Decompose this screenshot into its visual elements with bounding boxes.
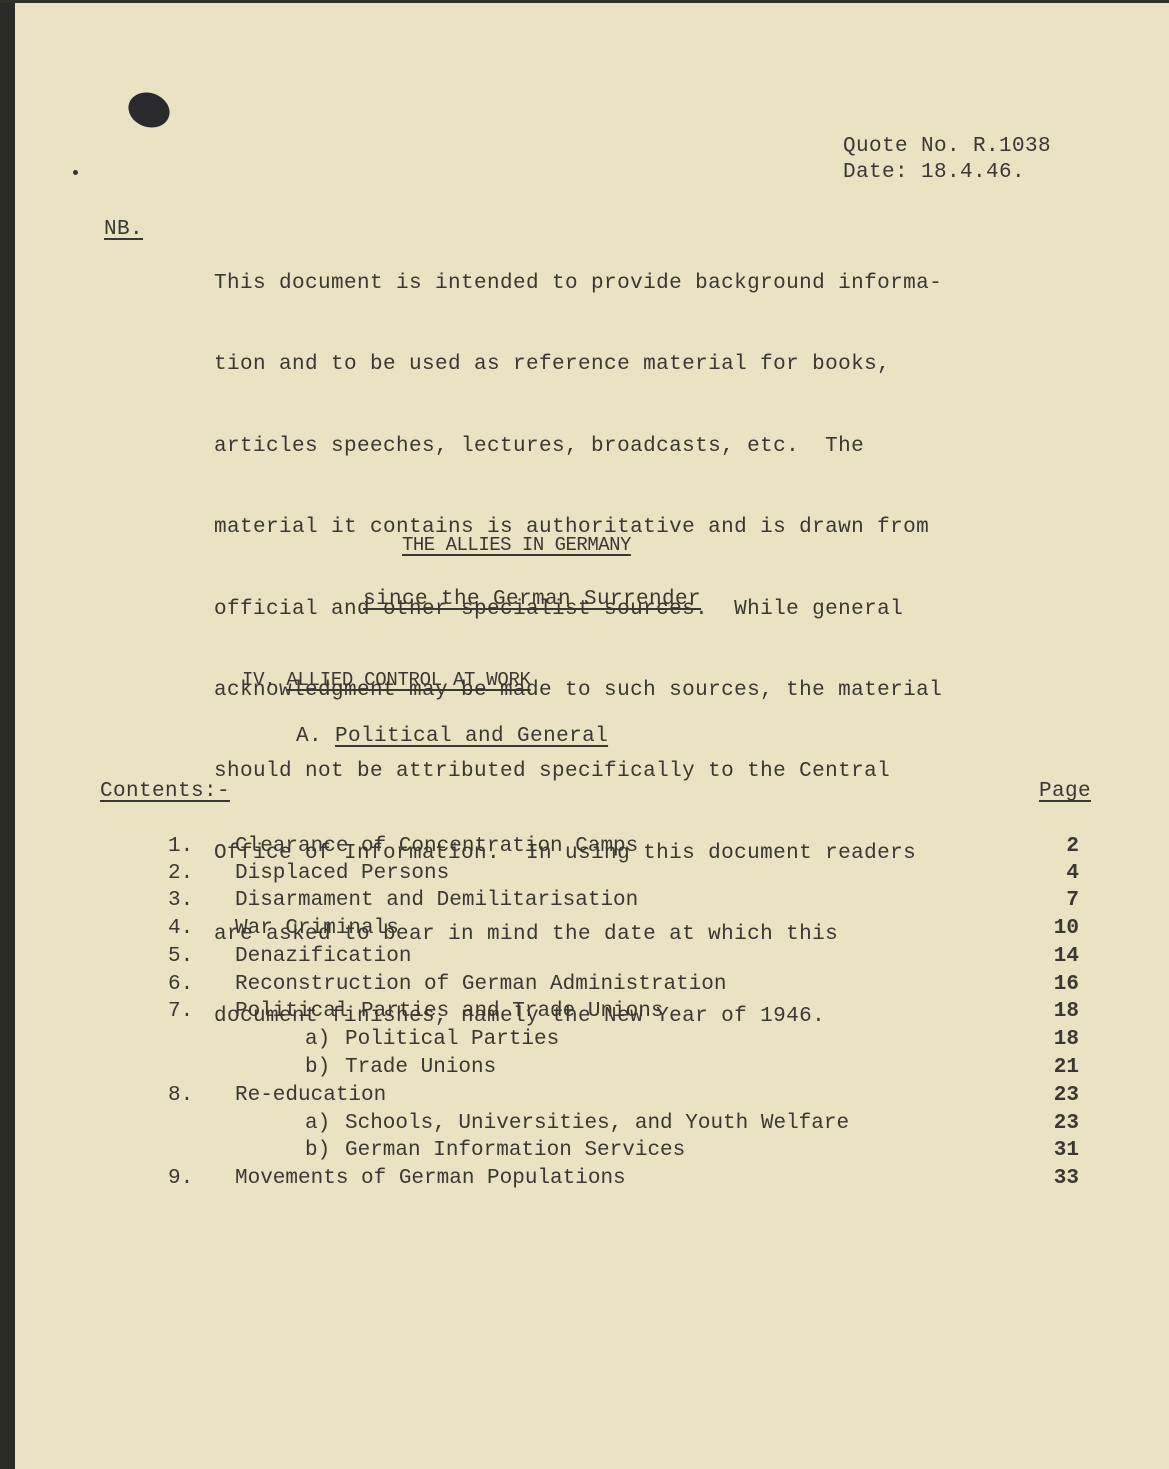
toc-number: 1.: [168, 833, 193, 860]
toc-title: Trade Unions: [345, 1054, 496, 1081]
toc-number: 8.: [168, 1082, 193, 1109]
toc-page: 23: [1029, 1110, 1079, 1137]
toc-title: Political Parties and Trade Unions: [235, 998, 663, 1025]
toc-item: 4. War Criminals 10: [0, 915, 1169, 942]
toc-item: 6. Reconstruction of German Administrati…: [0, 971, 1169, 998]
subsection-title: Political and General: [335, 725, 608, 748]
toc-title: Movements of German Populations: [235, 1165, 626, 1192]
toc-number: 5.: [168, 943, 193, 970]
toc-page: 2: [1029, 833, 1079, 860]
nb-label: NB.: [104, 216, 143, 243]
section-title: ALLIED CONTROL AT WORK: [286, 669, 530, 691]
toc-page: 31: [1029, 1137, 1079, 1164]
toc-number: 7.: [168, 998, 193, 1025]
toc-sub-letter: a): [305, 1110, 330, 1137]
toc-page: 10: [1029, 915, 1079, 942]
toc-number: 3.: [168, 887, 193, 914]
toc-page: 21: [1029, 1054, 1079, 1081]
toc-item: 3. Disarmament and Demilitarisation 7: [0, 887, 1169, 914]
note-line: This document is intended to provide bac…: [214, 270, 942, 297]
toc-item: 5. Denazification 14: [0, 943, 1169, 970]
section-number: IV.: [242, 669, 275, 691]
toc-number: 4.: [168, 915, 193, 942]
document-date: Date: 18.4.46.: [843, 159, 1025, 186]
toc-title: Reconstruction of German Administration: [235, 971, 726, 998]
subsection-heading: A. Political and General: [296, 723, 608, 750]
note-line: tion and to be used as reference materia…: [214, 351, 942, 378]
toc-title: Re-education: [235, 1082, 386, 1109]
scan-border-left: [0, 0, 15, 1469]
toc-number: 2.: [168, 860, 193, 887]
toc-title: German Information Services: [345, 1137, 685, 1164]
quote-number: Quote No. R.1038: [843, 133, 1051, 160]
toc-title: Clearance of Concentration Camps: [235, 833, 638, 860]
toc-title: Political Parties: [345, 1026, 559, 1053]
toc-title: Denazification: [235, 943, 411, 970]
toc-title: Displaced Persons: [235, 860, 449, 887]
subsection-number: A.: [296, 725, 322, 748]
toc-page: 7: [1029, 887, 1079, 914]
main-title: THE ALLIES IN GERMANY: [402, 532, 631, 559]
toc-page: 16: [1029, 971, 1079, 998]
toc-item: 2. Displaced Persons 4: [0, 860, 1169, 887]
toc-subitem: b) Trade Unions 21: [0, 1054, 1169, 1081]
note-line: articles speeches, lectures, broadcasts,…: [214, 433, 942, 460]
page-column-label: Page: [1039, 778, 1091, 805]
toc-item: 1. Clearance of Concentration Camps 2: [0, 833, 1169, 860]
toc-page: 14: [1029, 943, 1079, 970]
toc-item: 9. Movements of German Populations 33: [0, 1165, 1169, 1192]
contents-label: Contents:-: [100, 778, 230, 805]
toc-number: 9.: [168, 1165, 193, 1192]
toc-subitem: a) Schools, Universities, and Youth Welf…: [0, 1110, 1169, 1137]
toc-sub-letter: a): [305, 1026, 330, 1053]
toc-sub-letter: b): [305, 1054, 330, 1081]
note-line: should not be attributed specifically to…: [214, 758, 942, 785]
toc-item: 7. Political Parties and Trade Unions 18: [0, 998, 1169, 1025]
section-heading: IV. ALLIED CONTROL AT WORK: [242, 667, 531, 694]
toc-subitem: b) German Information Services 31: [0, 1137, 1169, 1164]
toc-title: Schools, Universities, and Youth Welfare: [345, 1110, 849, 1137]
toc-title: War Criminals: [235, 915, 399, 942]
toc-page: 18: [1029, 998, 1079, 1025]
subtitle: since the German Surrender: [363, 586, 701, 613]
toc-item: 8. Re-education 23: [0, 1082, 1169, 1109]
toc-page: 23: [1029, 1082, 1079, 1109]
toc-sub-letter: b): [305, 1137, 330, 1164]
toc-number: 6.: [168, 971, 193, 998]
ink-speck: [73, 170, 78, 175]
toc-page: 4: [1029, 860, 1079, 887]
toc-subitem: a) Political Parties 18: [0, 1026, 1169, 1053]
toc-title: Disarmament and Demilitarisation: [235, 887, 638, 914]
toc-page: 33: [1029, 1165, 1079, 1192]
toc-page: 18: [1029, 1026, 1079, 1053]
